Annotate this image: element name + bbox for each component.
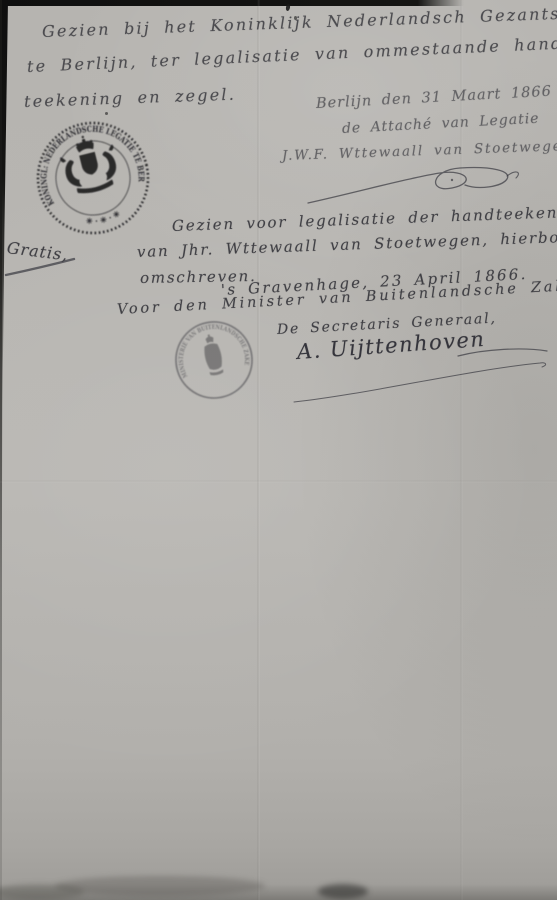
scan-edge-top [0,0,464,6]
svg-text:KONINGL: NEDERLANDSCHE LEGATIE: KONINGL: NEDERLANDSCHE LEGATIE TE BERLYN [8,93,149,213]
legation-seal-ring-text: KONINGL: NEDERLANDSCHE LEGATIE TE BERLYN [8,93,149,213]
attache-paraph-flourish [302,163,520,207]
ink-speck [285,4,290,12]
signature-swoosh-flourish [288,356,554,406]
vertical-fold-crease [257,0,260,900]
attache-title-line: de Attaché van Legatie [342,111,540,137]
attache-signature: J.W.F. Wttewaall van Stoetwegen [282,138,557,164]
gratis-underline-flourish [2,256,78,278]
ministry-seal-coat-of-arms [201,333,226,377]
bottom-smudge [55,876,265,896]
scan-edge-left-thin [0,0,2,900]
vertical-fold-crease-right [460,0,463,900]
berlin-date-line: Berlijn den 31 Maart 1866 [316,84,553,112]
document-scan-page: Gezien bij het Koninklijk Nederlandsch G… [0,0,557,900]
horizontal-fold-crease [0,480,557,483]
top-note-line-2: te Berlijn, ter legalisatie van ommestaa… [27,33,557,76]
svg-text:✳ · ✳ · ✳: ✳ · ✳ · ✳ [83,207,123,229]
top-note-line-1: Gezien bij het Koninklijk Nederlandsch G… [42,2,557,41]
bottom-smudge-dark [318,884,368,899]
legation-seal-stamp: KONINGL: NEDERLANDSCHE LEGATIE TE BERLYN… [8,93,178,263]
legation-seal-bottom-ornament: ✳ · ✳ · ✳ [83,207,123,229]
ministry-seal-stamp: MINISTERIE VAN BUITENLANDSCHE ZAKEN [164,310,264,410]
